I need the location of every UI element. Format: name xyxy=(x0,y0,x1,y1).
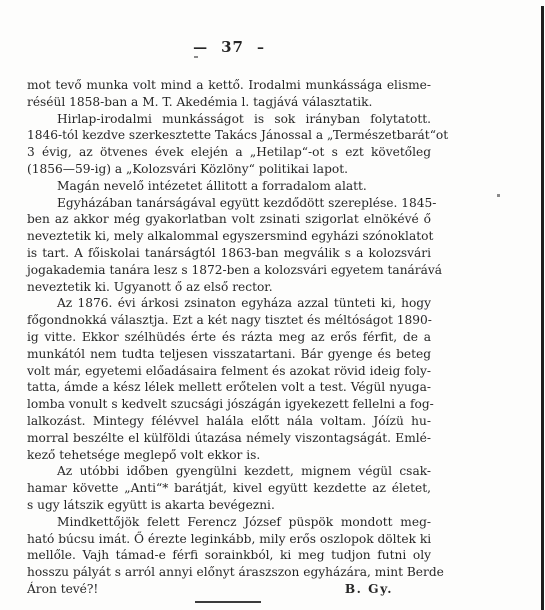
text-line: Áron tevé?!B. Gy. xyxy=(27,581,431,598)
text-line: neveztetik ki, mely alkalommal egyszersm… xyxy=(27,228,431,245)
text-line: s ugy látszik együtt is akarta bevégezni… xyxy=(27,497,431,514)
text-line: Az utóbbi időben gyengülni kezdett, mign… xyxy=(27,463,431,480)
text-line: mellőle. Vajh támad-e férfi sorainkból, … xyxy=(27,547,431,564)
page-header: —37– xyxy=(27,38,431,56)
author-initials: B. Gy. xyxy=(345,581,393,598)
book-page: —37– mot tevő munka volt mind a kettő. I… xyxy=(0,0,545,610)
text-line: hamar követte „Anti“* barátját, kivel eg… xyxy=(27,480,431,497)
text-line: 3 évig, az ötvenes évek elején a „Hetila… xyxy=(27,144,431,161)
text-line-left: Áron tevé?! xyxy=(27,581,98,598)
text-line: lomba vonult s kedvelt szucsági jószágán… xyxy=(27,396,431,413)
text-line: lalkozást. Mintegy félévvel halála előtt… xyxy=(27,413,431,430)
text-line: réséül 1858-ban a M. T. Akedémia l. tagj… xyxy=(27,94,431,111)
page-body: mot tevő munka volt mind a kettő. Irodal… xyxy=(27,77,431,598)
text-line: 1846-tól kezdve szerkesztette Takács Ján… xyxy=(27,127,431,144)
text-line: morral beszélte el külföldi útazása néme… xyxy=(27,430,431,447)
text-line: tatta, ámde a kész lélek mellett erőtele… xyxy=(27,379,431,396)
text-line: mot tevő munka volt mind a kettő. Irodal… xyxy=(27,77,431,94)
text-line: is tart. A főiskolai tanárságtól 1863-ba… xyxy=(27,245,431,262)
text-line: ig vitte. Ekkor szélhüdés érte és rázta … xyxy=(27,329,431,346)
header-left-dash: — xyxy=(193,40,208,56)
footnote-separator-rule xyxy=(195,601,261,603)
text-line: munkától nem tudta teljesen visszatartan… xyxy=(27,346,431,363)
text-line: neveztetik ki. Ugyanott ő az első rector… xyxy=(27,279,431,296)
page-number: 37 xyxy=(221,38,244,56)
text-line: Mindkettőjök felett Ferencz József püspö… xyxy=(27,514,431,531)
text-line: kező tehetsége meglepő volt ekkor is. xyxy=(27,447,431,464)
header-right-dash: – xyxy=(257,40,265,56)
scan-speck xyxy=(194,56,198,58)
page-edge-line xyxy=(541,6,544,610)
text-line: jogakademia tanára lesz s 1872-ben a kol… xyxy=(27,262,431,279)
text-line: Az 1876. évi árkosi zsinaton egyháza azz… xyxy=(27,295,431,312)
text-line: ható búcsu imát. Ő érezte leginkább, mil… xyxy=(27,531,431,548)
text-line: ben az akkor még gyakorlatban volt zsina… xyxy=(27,211,431,228)
text-line: Egyházában tanárságával együtt kezdődött… xyxy=(27,195,431,212)
text-line: volt már, egyetemi előadásaira felment é… xyxy=(27,363,431,380)
text-line: hosszu pályát s arról annyi előnyt árasz… xyxy=(27,564,431,581)
text-line: Hirlap-irodalmi munkásságot is sok irány… xyxy=(27,111,431,128)
text-line: Magán nevelő intézetet állitott a forrad… xyxy=(27,178,431,195)
text-line: főgondnokká választja. Ezt a két nagy ti… xyxy=(27,312,431,329)
scan-speck xyxy=(497,194,500,197)
text-line: (1856—59-ig) a „Kolozsvári Közlöny“ poli… xyxy=(27,161,431,178)
